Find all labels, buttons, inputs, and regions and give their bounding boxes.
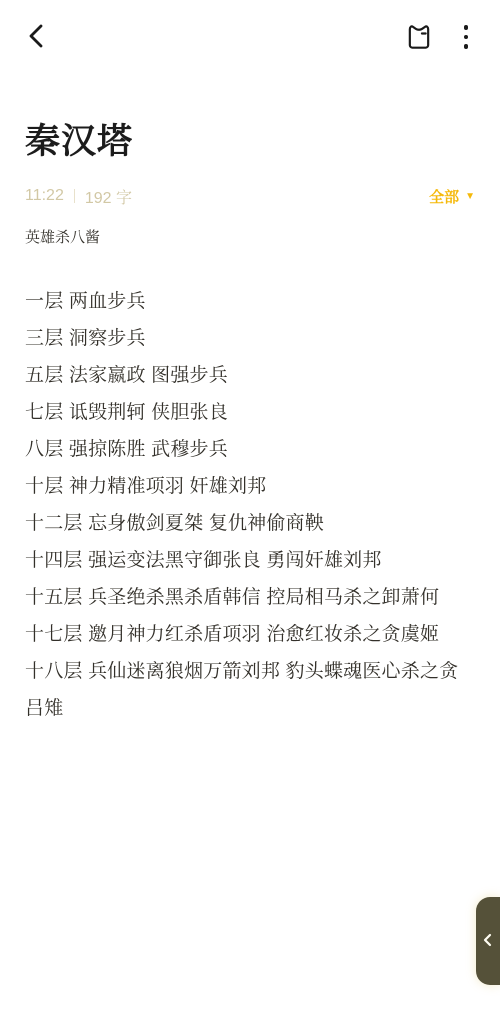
note-title: 秦汉塔	[25, 122, 475, 162]
note-meta: 11:22 192 字	[25, 185, 132, 208]
note-line: 十八层 兵仙迷离狼烟万箭刘邦 豹头蝶魂医心杀之贪吕雉	[25, 653, 465, 727]
note-line: 五层 法家嬴政 图强步兵	[25, 357, 465, 394]
side-panel-handle[interactable]	[476, 897, 500, 985]
note-time: 11:22	[25, 187, 64, 205]
filter-label: 全部	[429, 186, 459, 207]
caret-down-icon: ▼	[465, 191, 475, 202]
share-note-button[interactable]	[404, 21, 434, 54]
chevron-left-icon	[25, 22, 49, 53]
note-line: 三层 洞察步兵	[25, 320, 465, 357]
note-line: 十层 神力精准项羽 奸雄刘邦	[25, 468, 465, 505]
ellipsis-dot	[464, 25, 469, 30]
note-meta-row: 11:22 192 字 全部 ▼	[25, 186, 475, 206]
note-line: 一层 两血步兵	[25, 283, 465, 320]
chevron-left-icon	[482, 932, 494, 951]
note-line: 十七层 邀月神力红杀盾项羽 治愈红妆杀之贪虞姬	[25, 616, 465, 653]
top-bar	[0, 0, 500, 50]
back-button[interactable]	[25, 22, 49, 53]
note-line: 十二层 忘身傲剑夏桀 复仇神偷商鞅	[25, 505, 465, 542]
note-subtitle: 英雄杀八酱	[25, 228, 475, 248]
ellipsis-dot	[464, 44, 469, 49]
note-line: 十四层 强运变法黑守御张良 勇闯奸雄刘邦	[25, 542, 465, 579]
cat-outline-icon	[404, 21, 434, 54]
note-content[interactable]: 一层 两血步兵三层 洞察步兵五层 法家嬴政 图强步兵七层 诋毁荆轲 侠胆张良八层…	[25, 283, 465, 727]
filter-dropdown[interactable]: 全部 ▼	[429, 186, 475, 207]
note-line: 八层 强掠陈胜 武穆步兵	[25, 431, 465, 468]
note-line: 十五层 兵圣绝杀黑杀盾韩信 控局相马杀之卸萧何	[25, 579, 465, 616]
note-word-count: 192 字	[85, 185, 132, 208]
note-line: 七层 诋毁荆轲 侠胆张良	[25, 394, 465, 431]
note-detail-page: { "header": { "icons": { "back": "chevro…	[0, 0, 500, 1017]
ellipsis-dot	[464, 35, 469, 40]
meta-divider	[74, 189, 75, 203]
more-options-button[interactable]	[460, 23, 473, 51]
top-bar-actions	[404, 21, 473, 54]
